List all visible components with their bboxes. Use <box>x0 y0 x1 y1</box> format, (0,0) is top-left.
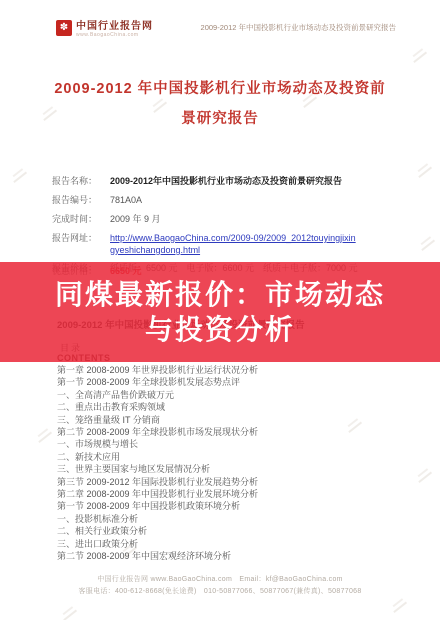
toc-item: 二、重点出击教育采购领域 <box>57 401 387 413</box>
report-title-line1: 2009-2012 年中国投影机行业市场动态及投资前 <box>0 74 440 104</box>
info-label: 完成时间： <box>52 213 110 225</box>
toc-item: 三、世界主要国家与地区发展情况分析 <box>57 463 387 475</box>
report-title: 2009-2012 年中国投影机行业市场动态及投资前 景研究报告 <box>0 74 440 134</box>
report-page: ✽ 中国行业报告网 www.BaogaoChina.com 2009-2012 … <box>0 0 440 620</box>
toc-item: 第一节 2008-2009 年中国投影机政策环境分析 <box>57 500 387 512</box>
watermark-mark <box>59 604 77 620</box>
promo-banner-line2: 与投资分析 <box>145 312 295 347</box>
table-row: 报告编号： 781A0A <box>52 194 388 206</box>
toc-item: 一、全高清产品售价跌破万元 <box>57 389 387 401</box>
promo-overlay-banner: 同煤最新报价：市场动态 与投资分析 <box>0 262 440 362</box>
page-header: ✽ 中国行业报告网 www.BaogaoChina.com 2009-2012 … <box>56 17 396 38</box>
table-row: 报告名称： 2009-2012年中国投影机行业市场动态及投资前景研究报告 <box>52 175 388 187</box>
info-label: 报告编号： <box>52 194 110 206</box>
table-row: 报告网址： http://www.BaogaoChina.com/2009-09… <box>52 232 388 256</box>
toc-list: 第一章 2008-2009 年世界投影机行业运行状况分析 第一节 2008-20… <box>57 364 387 563</box>
watermark-mark <box>9 166 27 183</box>
watermark-mark <box>34 426 52 443</box>
info-label: 报告名称： <box>52 175 110 187</box>
page-footer: 中国行业报告网 www.BaoGaoChina.com Email：kf@Bao… <box>0 574 440 598</box>
toc-item: 一、市场规模与增长 <box>57 438 387 450</box>
toc-item: 二、新技术应用 <box>57 451 387 463</box>
toc-item: 第二章 2008-2009 年中国投影机行业发展环境分析 <box>57 488 387 500</box>
watermark-mark <box>389 596 407 613</box>
watermark-mark <box>417 234 435 251</box>
footer-contact-line2: 客服电话：400-612-8668(免长途费) 010-50877066、508… <box>0 586 440 598</box>
promo-banner-line1: 同煤最新报价：市场动态 <box>55 277 385 312</box>
toc-item: 一、投影机标准分析 <box>57 513 387 525</box>
watermark-mark <box>414 466 432 483</box>
header-report-reference: 2009-2012 年中国投影机行业市场动态及投资前景研究报告 <box>201 22 396 33</box>
toc-item: 第一节 2008-2009 年全球投影机发展态势点评 <box>57 376 387 388</box>
watermark-mark <box>409 46 427 63</box>
toc-item: 第二节 2008-2009 年全球投影机市场发展现状分析 <box>57 426 387 438</box>
toc-item: 三、进出口政策分析 <box>57 538 387 550</box>
toc-item: 第二节 2008-2009 年中国宏观经济环境分析 <box>57 550 387 562</box>
toc-item: 三、笼络重量级 IT 分销商 <box>57 414 387 426</box>
watermark-mark <box>414 161 432 178</box>
toc-item: 二、相关行业政策分析 <box>57 525 387 537</box>
site-logo: ✽ 中国行业报告网 www.BaogaoChina.com <box>56 17 153 38</box>
toc-item: 第一章 2008-2009 年世界投影机行业运行状况分析 <box>57 364 387 376</box>
logo-text: 中国行业报告网 <box>76 17 153 32</box>
toc-item: 第三节 2009-2012 年国际投影机行业发展趋势分析 <box>57 476 387 488</box>
report-name-value: 2009-2012年中国投影机行业市场动态及投资前景研究报告 <box>110 175 342 187</box>
report-url-link[interactable]: http://www.BaogaoChina.com/2009-09/2009_… <box>110 232 360 256</box>
table-row: 完成时间： 2009 年 9 月 <box>52 213 388 225</box>
footer-contact-line1: 中国行业报告网 www.BaoGaoChina.com Email：kf@Bao… <box>0 574 440 586</box>
report-number-value: 781A0A <box>110 194 142 206</box>
completion-date-value: 2009 年 9 月 <box>110 213 161 225</box>
logo-tagline: www.BaogaoChina.com <box>76 32 153 38</box>
info-label: 报告网址： <box>52 232 110 256</box>
logo-seal-icon: ✽ <box>56 20 72 36</box>
report-title-line2: 景研究报告 <box>0 104 440 134</box>
